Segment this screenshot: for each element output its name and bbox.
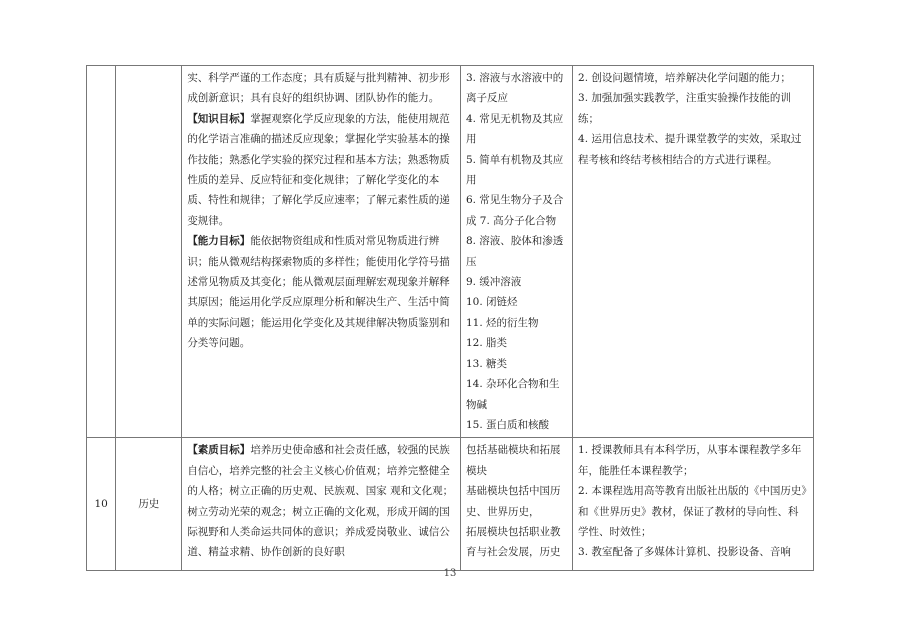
content-item: 9. 缓冲溶液 [466, 272, 567, 292]
teaching-requirements-cell: 2. 创设问题情境，培养解决化学问题的能力； 3. 加强加强实践教学，注重实验操… [573, 66, 814, 438]
quality-goal-tag: 【素质目标】 [187, 444, 250, 456]
course-content-cell: 包括基础模块和拓展模块 基础模块包括中国历史、世界历史， 拓展模块包括职业教育与… [460, 438, 572, 571]
ability-goal-tag: 【能力目标】 [187, 235, 250, 247]
content-item: 12. 脂类 [466, 333, 567, 353]
course-name-cell: 历史 [116, 438, 182, 571]
requirement-item: 2. 创设问题情境，培养解决化学问题的能力； [578, 68, 808, 88]
content-item: 10. 闭链烃 [466, 292, 567, 312]
content-item: 6. 常见生物分子及合成 7. 高分子化合物 [466, 190, 567, 231]
ability-goal-text: 能依据物资组成和性质对常见物质进行辨识；能从微观结构探索物质的多样性；能使用化学… [187, 235, 450, 349]
quality-goal-text: 培养历史使命感和社会责任感，较强的民族自信心，培养完整的社会主义核心价值观；培养… [187, 444, 453, 558]
course-goals-cell: 实、科学严谨的工作态度；具有质疑与批判精神、初步形成创新意识；具有良好的组织协调… [182, 66, 461, 438]
content-item: 8. 溶液、胶体和渗透压 [466, 231, 567, 272]
course-goals-cell: 【素质目标】培养历史使命感和社会责任感，较强的民族自信心，培养完整的社会主义核心… [182, 438, 461, 571]
content-item: 拓展模块包括职业教育与社会发展，历史 [466, 522, 567, 563]
requirement-item: 3. 教室配备了多媒体计算机、投影设备、音响 [578, 542, 808, 562]
requirement-item: 1. 授课教师具有本科学历，从事本课程教学多年年，能胜任本课程教学； [578, 440, 808, 481]
course-name-cell [116, 66, 182, 438]
goals-intro-text: 实、科学严谨的工作态度；具有质疑与批判精神、初步形成创新意识；具有良好的组织协调… [187, 72, 450, 104]
requirement-item: 3. 加强加强实践教学，注重实验操作技能的训练； [578, 88, 808, 129]
content-item: 11. 烃的衍生物 [466, 313, 567, 333]
knowledge-goal-tag: 【知识目标】 [187, 113, 250, 125]
content-item: 基础模块包括中国历史、世界历史， [466, 481, 567, 522]
content-item: 13. 糖类 [466, 354, 567, 374]
row-number-cell [87, 66, 116, 438]
requirement-item: 4. 运用信息技术、提升课堂教学的实效，采取过程考核和终结考核相结合的方式进行课… [578, 129, 808, 170]
content-item: 3. 溶液与水溶液中的离子反应 [466, 68, 567, 109]
curriculum-table: 实、科学严谨的工作态度；具有质疑与批判精神、初步形成创新意识；具有良好的组织协调… [86, 65, 814, 571]
table-row: 实、科学严谨的工作态度；具有质疑与批判精神、初步形成创新意识；具有良好的组织协调… [87, 66, 814, 438]
content-item: 5. 简单有机物及其应用 [466, 150, 567, 191]
requirement-item: 2. 本课程选用高等教育出版社出版的《中国历史》和《世界历史》教材，保证了教材的… [578, 481, 808, 542]
page-number: 13 [0, 568, 900, 579]
row-number-cell: 10 [87, 438, 116, 571]
content-item: 4. 常见无机物及其应用 [466, 109, 567, 150]
course-content-cell: 3. 溶液与水溶液中的离子反应 4. 常见无机物及其应用 5. 简单有机物及其应… [460, 66, 572, 438]
knowledge-goal-text: 掌握观察化学反应现象的方法，能使用规范的化学语言准确的描述反应现象；掌握化学实验… [187, 113, 450, 227]
content-item: 包括基础模块和拓展模块 [466, 440, 567, 481]
content-item: 15. 蛋白质和核酸 [466, 415, 567, 435]
document-page: 实、科学严谨的工作态度；具有质疑与批判精神、初步形成创新意识；具有良好的组织协调… [0, 0, 900, 636]
teaching-requirements-cell: 1. 授课教师具有本科学历，从事本课程教学多年年，能胜任本课程教学； 2. 本课… [573, 438, 814, 571]
content-item: 14. 杂环化合物和生物碱 [466, 374, 567, 415]
table-row: 10 历史 【素质目标】培养历史使命感和社会责任感，较强的民族自信心，培养完整的… [87, 438, 814, 571]
